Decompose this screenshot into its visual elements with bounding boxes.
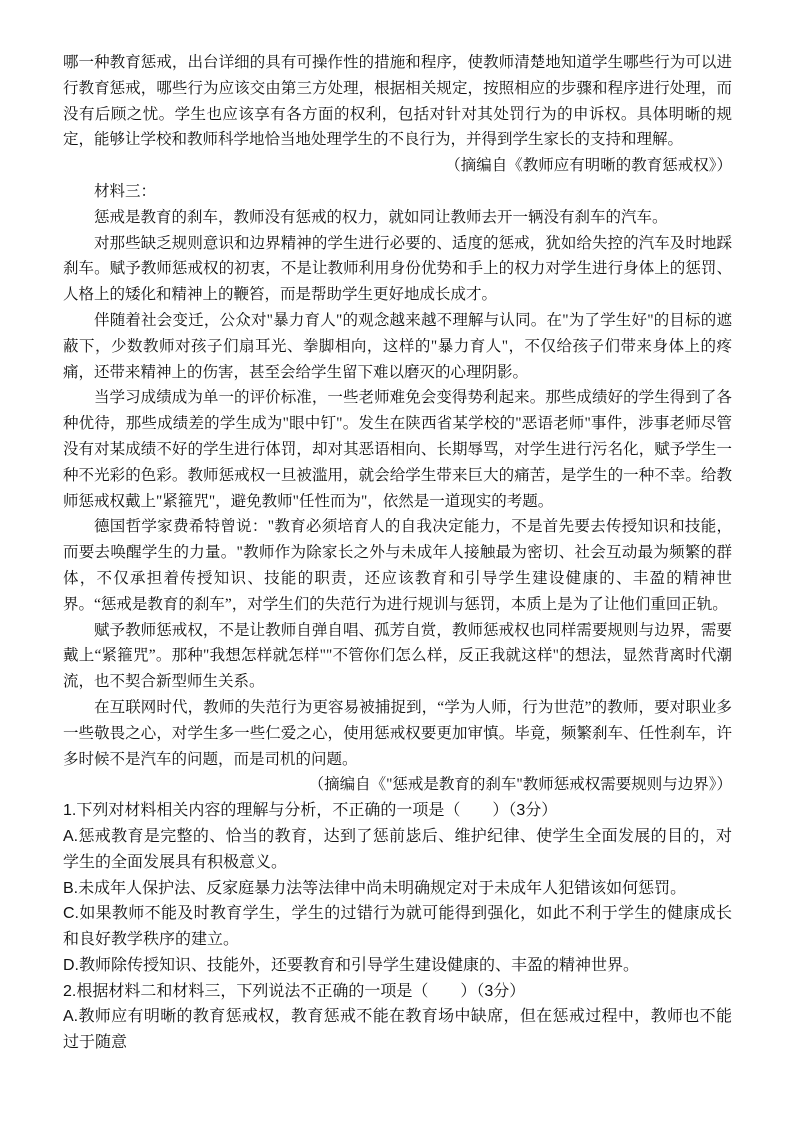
question-1-stem: 1.下列对材料相关内容的理解与分析，不正确的一项是（ ）（3分） xyxy=(63,798,732,824)
question-1-option-d: D.教师除传授知识、技能外，还要教育和引导学生建设健康的、丰盈的精神世界。 xyxy=(63,953,732,979)
question-1-option-c: C.如果教师不能及时教育学生，学生的过错行为就可能得到强化，如此不利于学生的健康… xyxy=(63,901,732,953)
body-paragraph-fichte-quote: 德国哲学家费希特曾说："教育必须培育人的自我决定能力，不是首先要去传授知识和技能… xyxy=(63,514,732,617)
body-paragraph-grades-and-abuse: 当学习成绩成为单一的评价标准，一些老师难免会变得势利起来。那些成绩好的学生得到了… xyxy=(63,385,732,514)
citation-material-two-source: （摘编自《教师应有明晰的教育惩戒权》） xyxy=(63,153,732,179)
body-paragraph-internet-era: 在互联网时代，教师的失范行为更容易被捕捉到，“学为人师，行为世范”的教师，要对职… xyxy=(63,695,732,772)
body-paragraph-intent-of-discipline: 对那些缺乏规则意识和边界精神的学生进行必要的、适度的惩戒，犹如给失控的汽车及时地… xyxy=(63,231,732,308)
body-paragraph-continuation: 哪一种教育惩戒，出台详细的具有可操作性的措施和程序，使教师清楚地知道学生哪些行为… xyxy=(63,50,732,153)
material-three-label: 材料三： xyxy=(63,179,732,205)
citation-material-three-source: （摘编自《"惩戒是教育的刹车"教师惩戒权需要规则与边界》） xyxy=(63,772,732,798)
question-1-option-b: B.未成年人保护法、反家庭暴力法等法律中尚未明确规定对于未成年人犯错该如何惩罚。 xyxy=(63,876,732,902)
body-paragraph-brake-metaphor: 惩戒是教育的刹车，教师没有惩戒的权力，就如同让教师去开一辆没有刹车的汽车。 xyxy=(63,205,732,231)
body-paragraph-rules-and-boundaries: 赋予教师惩戒权，不是让教师自弹自唱、孤芳自赏，教师惩戒权也同样需要规则与边界，需… xyxy=(63,618,732,695)
question-2-stem: 2.根据材料二和材料三，下列说法不正确的一项是（ ）（3分） xyxy=(63,979,732,1005)
question-2-option-a: A.教师应有明晰的教育惩戒权，教育惩戒不能在教育场中缺席，但在惩戒过程中，教师也… xyxy=(63,1004,732,1056)
body-paragraph-violent-education: 伴随着社会变迁，公众对"暴力育人"的观念越来越不理解与认同。在"为了学生好"的目… xyxy=(63,308,732,385)
question-1-option-a: A.惩戒教育是完整的、恰当的教育，达到了惩前毖后、维护纪律、使学生全面发展的目的… xyxy=(63,824,732,876)
exam-paper-page: 哪一种教育惩戒，出台详细的具有可操作性的措施和程序，使教师清楚地知道学生哪些行为… xyxy=(0,0,794,1123)
